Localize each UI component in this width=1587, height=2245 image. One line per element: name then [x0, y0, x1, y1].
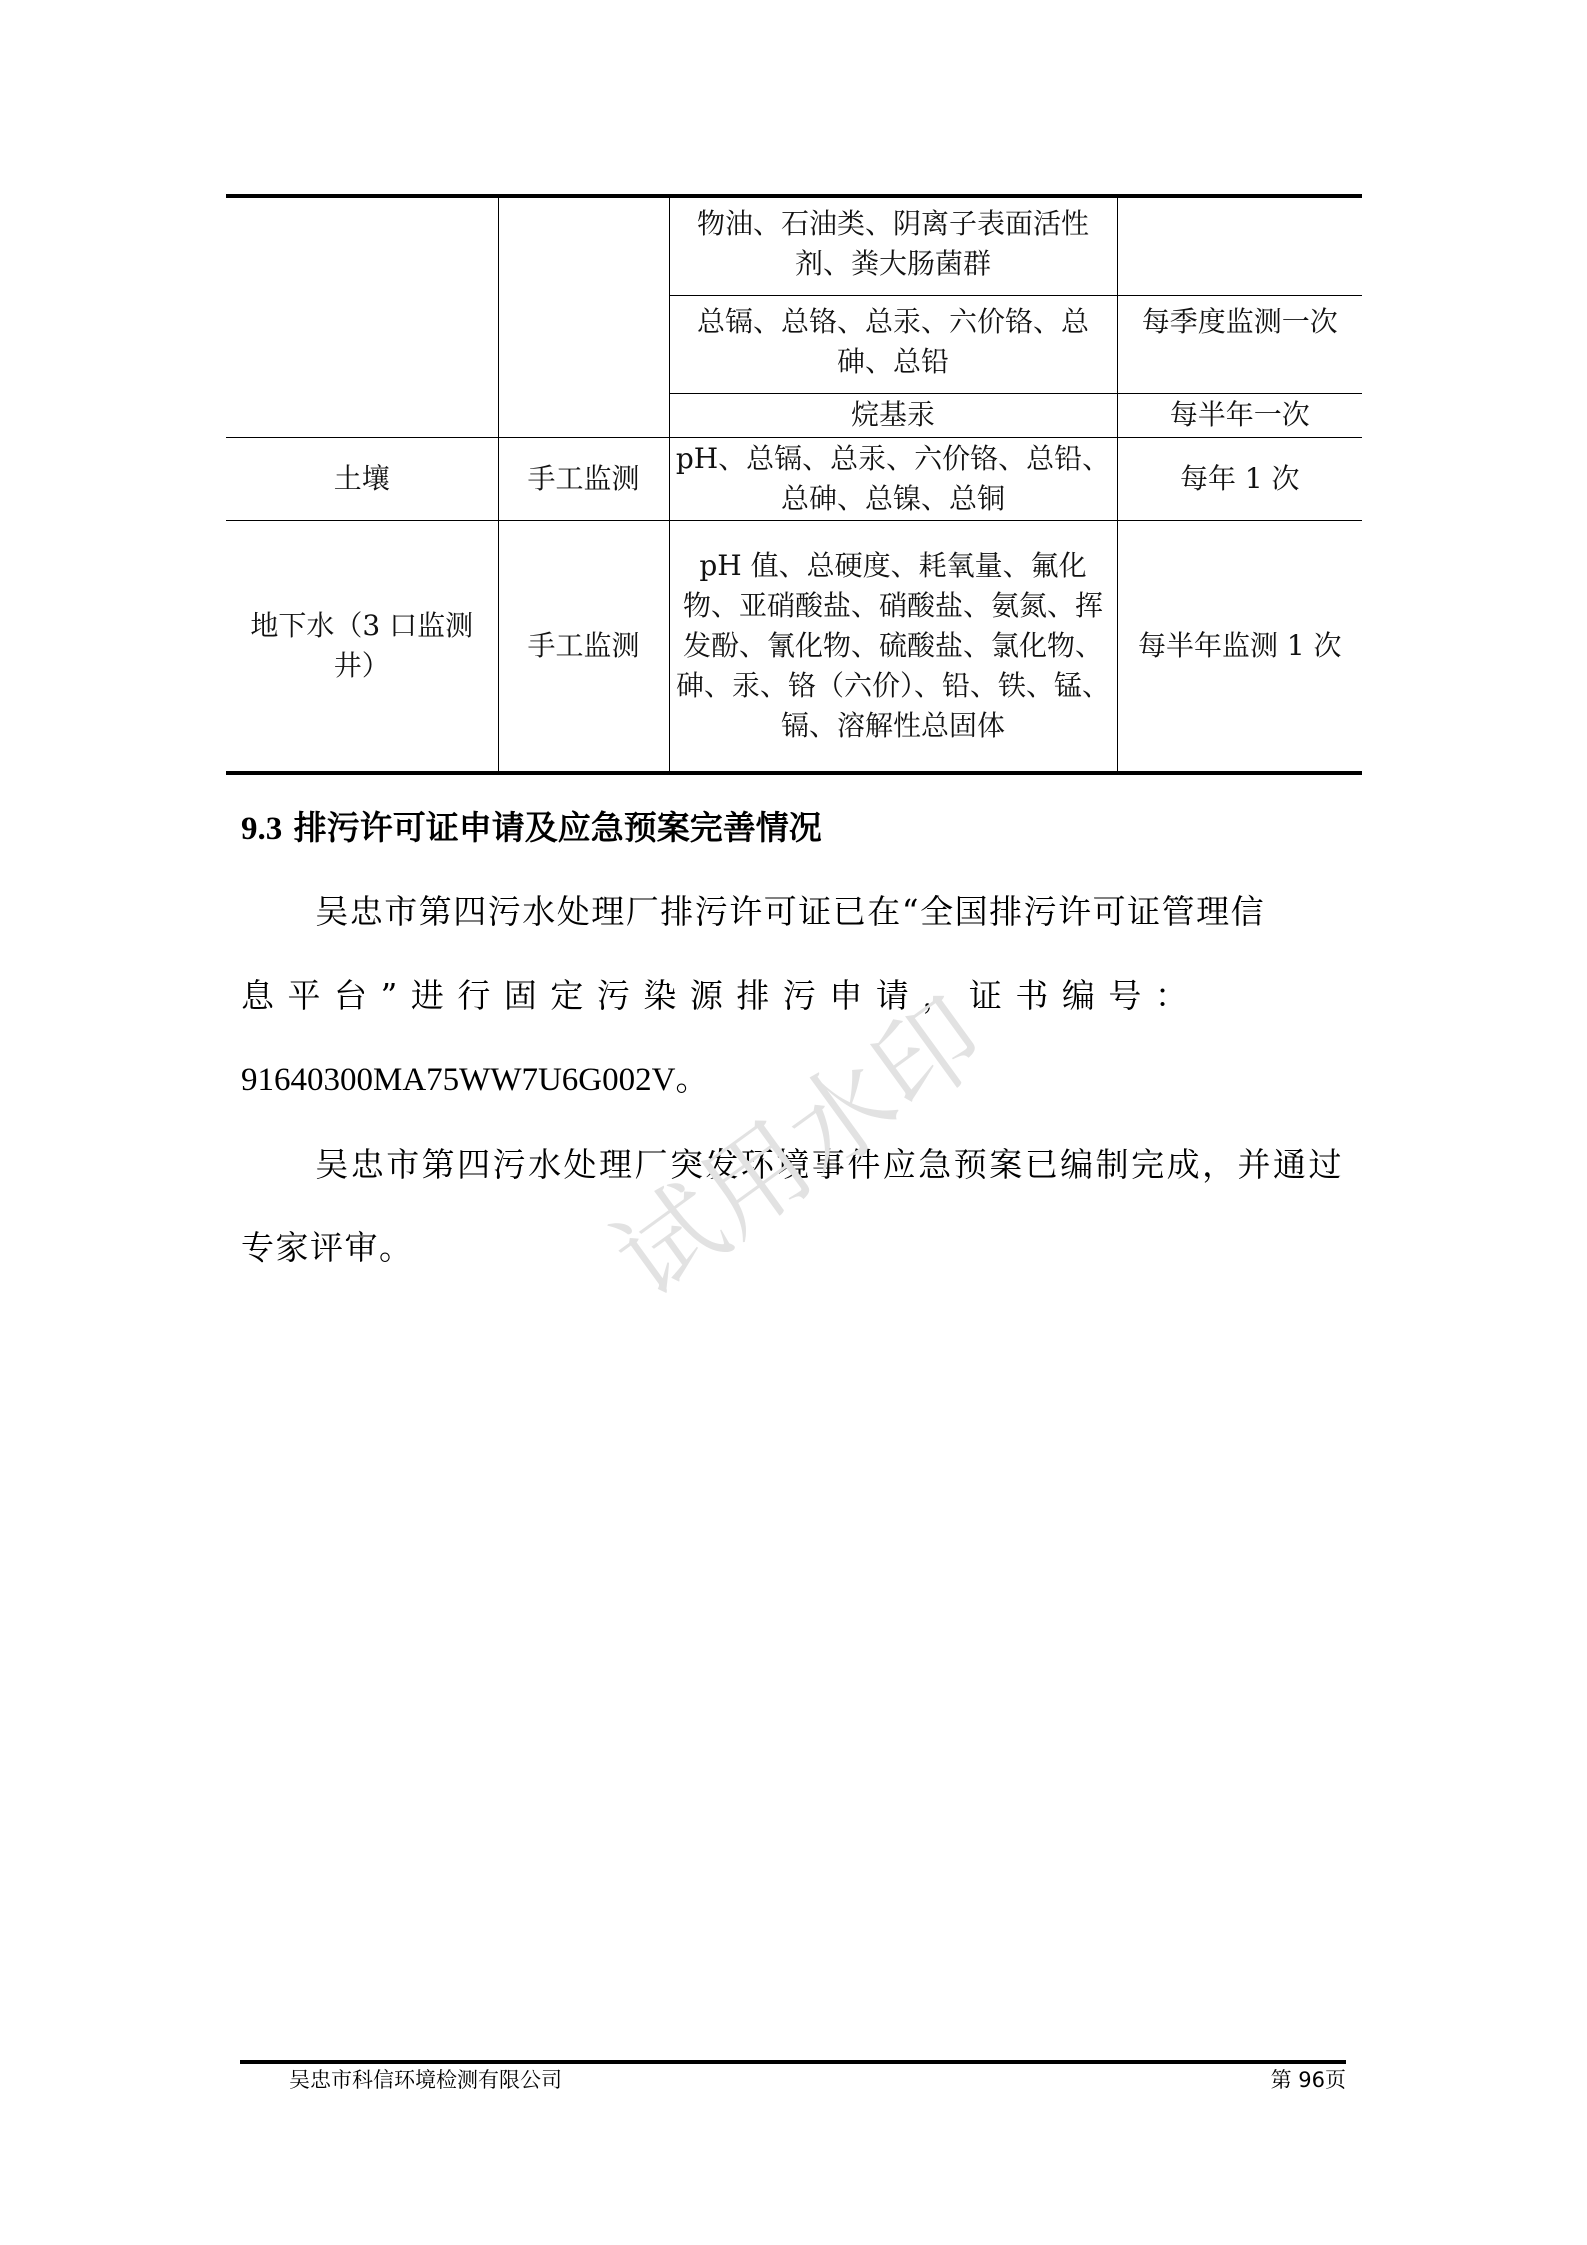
table-cell-method: 手工监测 [498, 437, 669, 520]
table-cell-frequency: 每半年一次 [1117, 393, 1362, 437]
table-cell-frequency: 每季度监测一次 [1117, 295, 1362, 393]
table-cell-frequency [1117, 196, 1362, 295]
table-row: 物油、石油类、阴离子表面活性剂、粪大肠菌群 [226, 196, 1362, 295]
table-cell-category: 土壤 [226, 437, 498, 520]
table-cell-method [498, 196, 669, 437]
table-cell-items: pH、总镉、总汞、六价铬、总铅、总砷、总镍、总铜 [669, 437, 1117, 520]
paragraph-permit-line1: 吴忠市第四污水处理厂排污许可证已在“全国排污许可证管理信 [315, 892, 1265, 931]
monitoring-table: 物油、石油类、阴离子表面活性剂、粪大肠菌群 总镉、总铬、总汞、六价铬、总砷、总铅… [226, 194, 1362, 775]
body-text: 吴忠市第四污水处理厂排污许可证已在“全国排污许可证管理信息平台”进行固定污染源排… [241, 870, 1343, 1290]
paragraph-emergency-plan: 吴忠市第四污水处理厂突发环境事件应急预案已编制完成，并通过专家评审。 [241, 1123, 1343, 1290]
footer-divider [240, 2060, 1346, 2064]
table-cell-method: 手工监测 [498, 520, 669, 773]
table-cell-items: 总镉、总铬、总汞、六价铬、总砷、总铅 [669, 295, 1117, 393]
table-cell-items: pH 值、总硬度、耗氧量、氟化物、亚硝酸盐、硝酸盐、氨氮、挥发酚、氰化物、硫酸盐… [669, 520, 1117, 773]
permit-number: 91640300MA75WW7U6G002V [241, 1062, 675, 1098]
paragraph-permit-line2: 息平台”进行固定污染源排污申请，证书编号： [241, 954, 1343, 1038]
paragraph-permit: 吴忠市第四污水处理厂排污许可证已在“全国排污许可证管理信息平台”进行固定污染源排… [241, 870, 1343, 1123]
items-text: 物油、石油类、阴离子表面活性剂、粪大肠菌群 [697, 207, 1089, 280]
section-number: 9.3 [241, 811, 282, 847]
table-cell-frequency: 每半年监测 1 次 [1117, 520, 1362, 773]
section-title: 排污许可证申请及应急预案完善情况 [294, 808, 822, 847]
table-cell-items: 烷基汞 [669, 393, 1117, 437]
permit-number-end: 。 [675, 1059, 710, 1098]
document-page: 物油、石油类、阴离子表面活性剂、粪大肠菌群 总镉、总铬、总汞、六价铬、总砷、总铅… [0, 0, 1587, 2245]
section-heading: 9.3 排污许可证申请及应急预案完善情况 [241, 800, 822, 857]
table-cell-category: 地下水（3 口监测井） [226, 520, 498, 773]
table-cell-frequency: 每年 1 次 [1117, 437, 1362, 520]
table-cell-category [226, 196, 498, 437]
footer-company: 吴忠市科信环境检测有限公司 [289, 2066, 562, 2094]
table-row: 土壤 手工监测 pH、总镉、总汞、六价铬、总铅、总砷、总镍、总铜 每年 1 次 [226, 437, 1362, 520]
table-row: 地下水（3 口监测井） 手工监测 pH 值、总硬度、耗氧量、氟化物、亚硝酸盐、硝… [226, 520, 1362, 773]
footer-page-number: 第 96页 [1271, 2066, 1346, 2094]
table-cell-items: 物油、石油类、阴离子表面活性剂、粪大肠菌群 [669, 196, 1117, 295]
